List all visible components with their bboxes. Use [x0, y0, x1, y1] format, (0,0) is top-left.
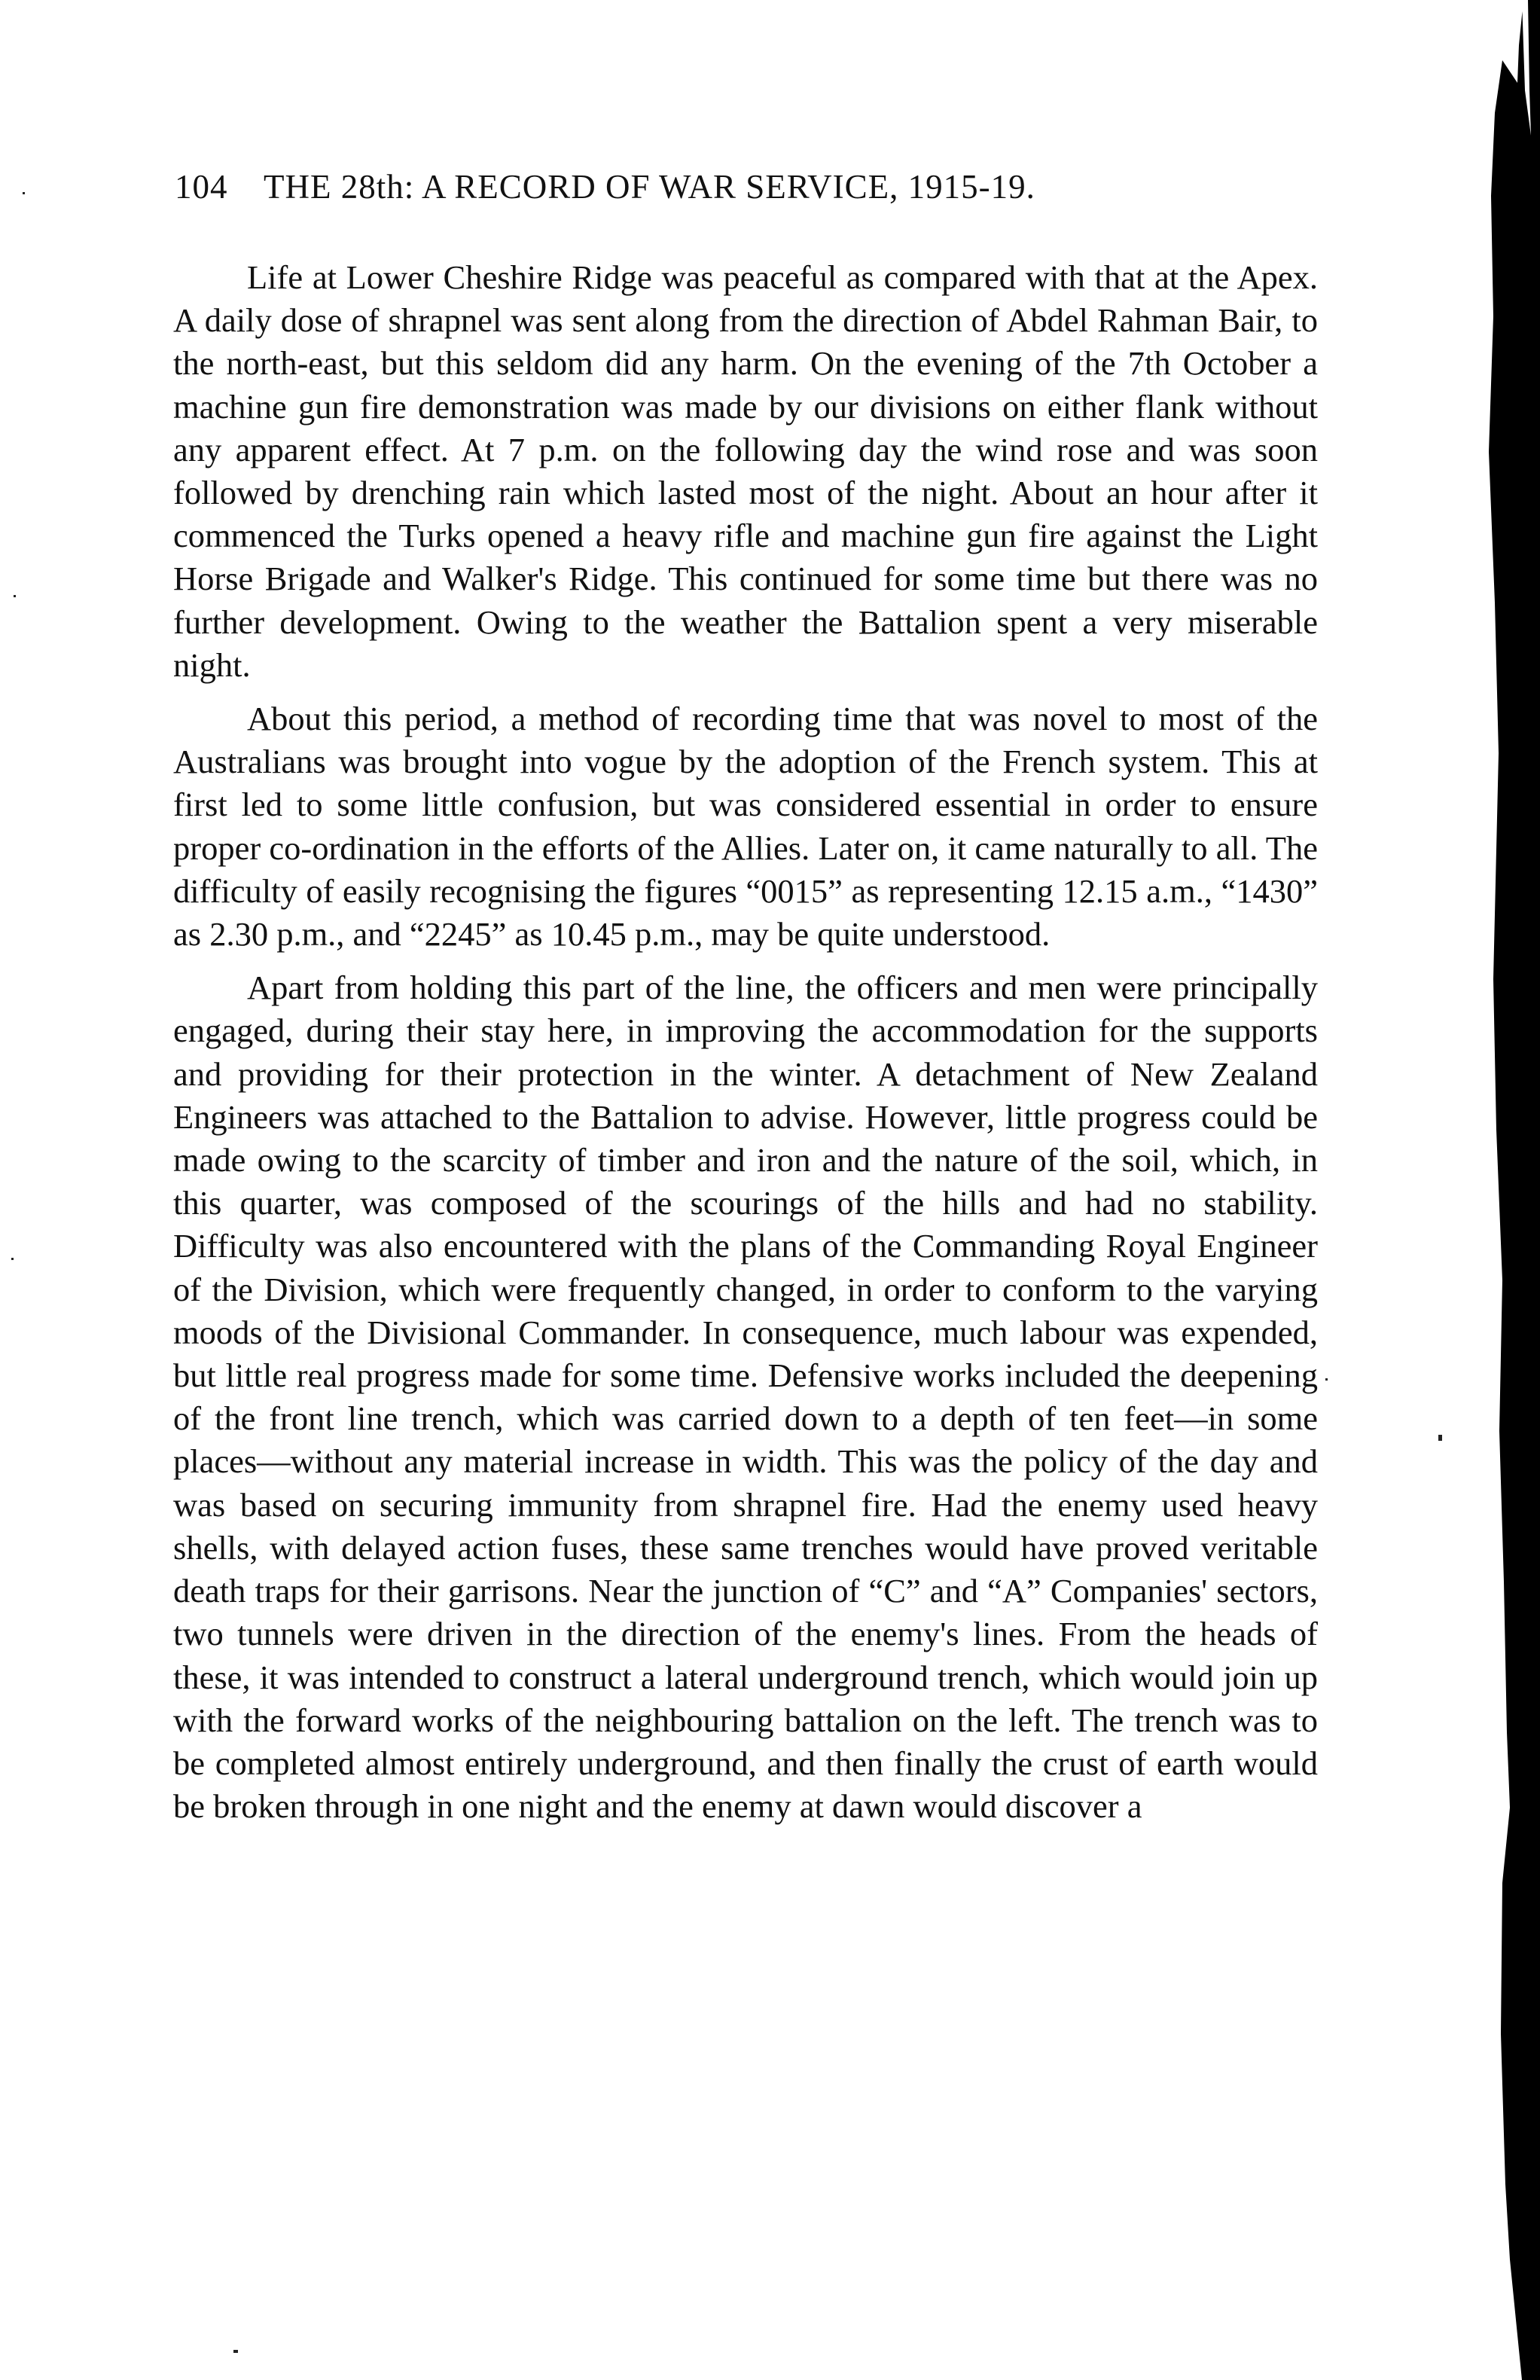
running-title: THE 28th: A RECORD OF WAR SERVICE, 1915-… — [264, 168, 1035, 206]
scan-speck — [233, 2350, 238, 2353]
page-number: 104 — [175, 167, 264, 206]
scan-speck — [23, 192, 25, 194]
paragraph-1: Life at Lower Cheshire Ridge was peacefu… — [173, 256, 1318, 687]
paragraph-2: About this period, a method of recording… — [173, 697, 1318, 956]
running-header: 104THE 28th: A RECORD OF WAR SERVICE, 19… — [175, 167, 1349, 212]
body-text: Life at Lower Cheshire Ridge was peacefu… — [173, 256, 1318, 1828]
scan-speck — [1438, 1435, 1442, 1441]
scan-speck — [11, 1258, 14, 1260]
scanned-page: 104THE 28th: A RECORD OF WAR SERVICE, 19… — [0, 0, 1540, 2380]
paragraph-3: Apart from holding this part of the line… — [173, 966, 1318, 1828]
scan-edge-shadow — [1472, 0, 1540, 2380]
scan-speck — [14, 595, 16, 597]
scan-speck — [1325, 1378, 1328, 1381]
